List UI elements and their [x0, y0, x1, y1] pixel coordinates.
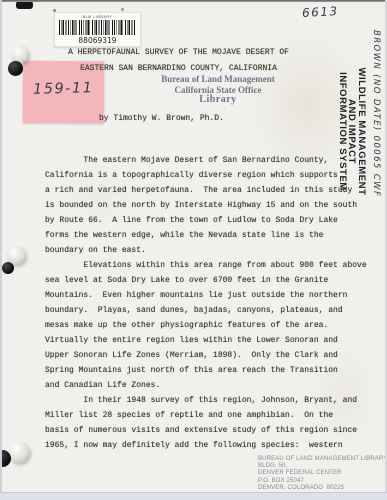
scan-speck [53, 9, 56, 12]
scan-speck [121, 8, 124, 11]
title-line-1: A HERPETOFAUNAL SURVEY OF THE MOJAVE DES… [45, 45, 312, 61]
handwritten-number: 6613 [302, 4, 339, 20]
barcode-number: 88069319 [55, 36, 140, 45]
barcode-label: BLM LIBRARY 88069319 [54, 12, 141, 47]
scan-edge-top [0, 0, 387, 2]
black-dot-artifact [2, 262, 14, 274]
sticky-note-text: 159-11 [33, 80, 94, 98]
barcode-icon [59, 20, 136, 35]
scan-edge-left [0, 0, 2, 500]
library-stamp-line-3: Library [150, 95, 286, 106]
scan-edge-bottom [0, 492, 387, 500]
library-address-stamp: BUREAU OF LAND MANAGEMENT LIBRARY BLDG. … [258, 456, 380, 492]
scan-mark [16, 1, 33, 9]
handwritten-side-note: BROWN (NO DATE) 00065 CWF [366, 30, 381, 216]
body-text: The eastern Mojave Desert of San Bernard… [45, 153, 367, 453]
scanned-document-page: BLM LIBRARY 88069319 6613 159-11 A HERPE… [0, 0, 387, 500]
document-title: A HERPETOFAUNAL SURVEY OF THE MOJAVE DES… [45, 45, 312, 77]
library-ink-stamp: Bureau of Land Management California Sta… [150, 74, 286, 106]
barcode-caption: BLM LIBRARY [55, 15, 140, 19]
black-dot-artifact [8, 61, 23, 76]
grey-ball-artifact [9, 442, 30, 463]
library-stamp-line-1: Bureau of Land Management [150, 74, 286, 85]
author-byline: by Timothy W. Brown, Ph.D. [99, 114, 224, 123]
